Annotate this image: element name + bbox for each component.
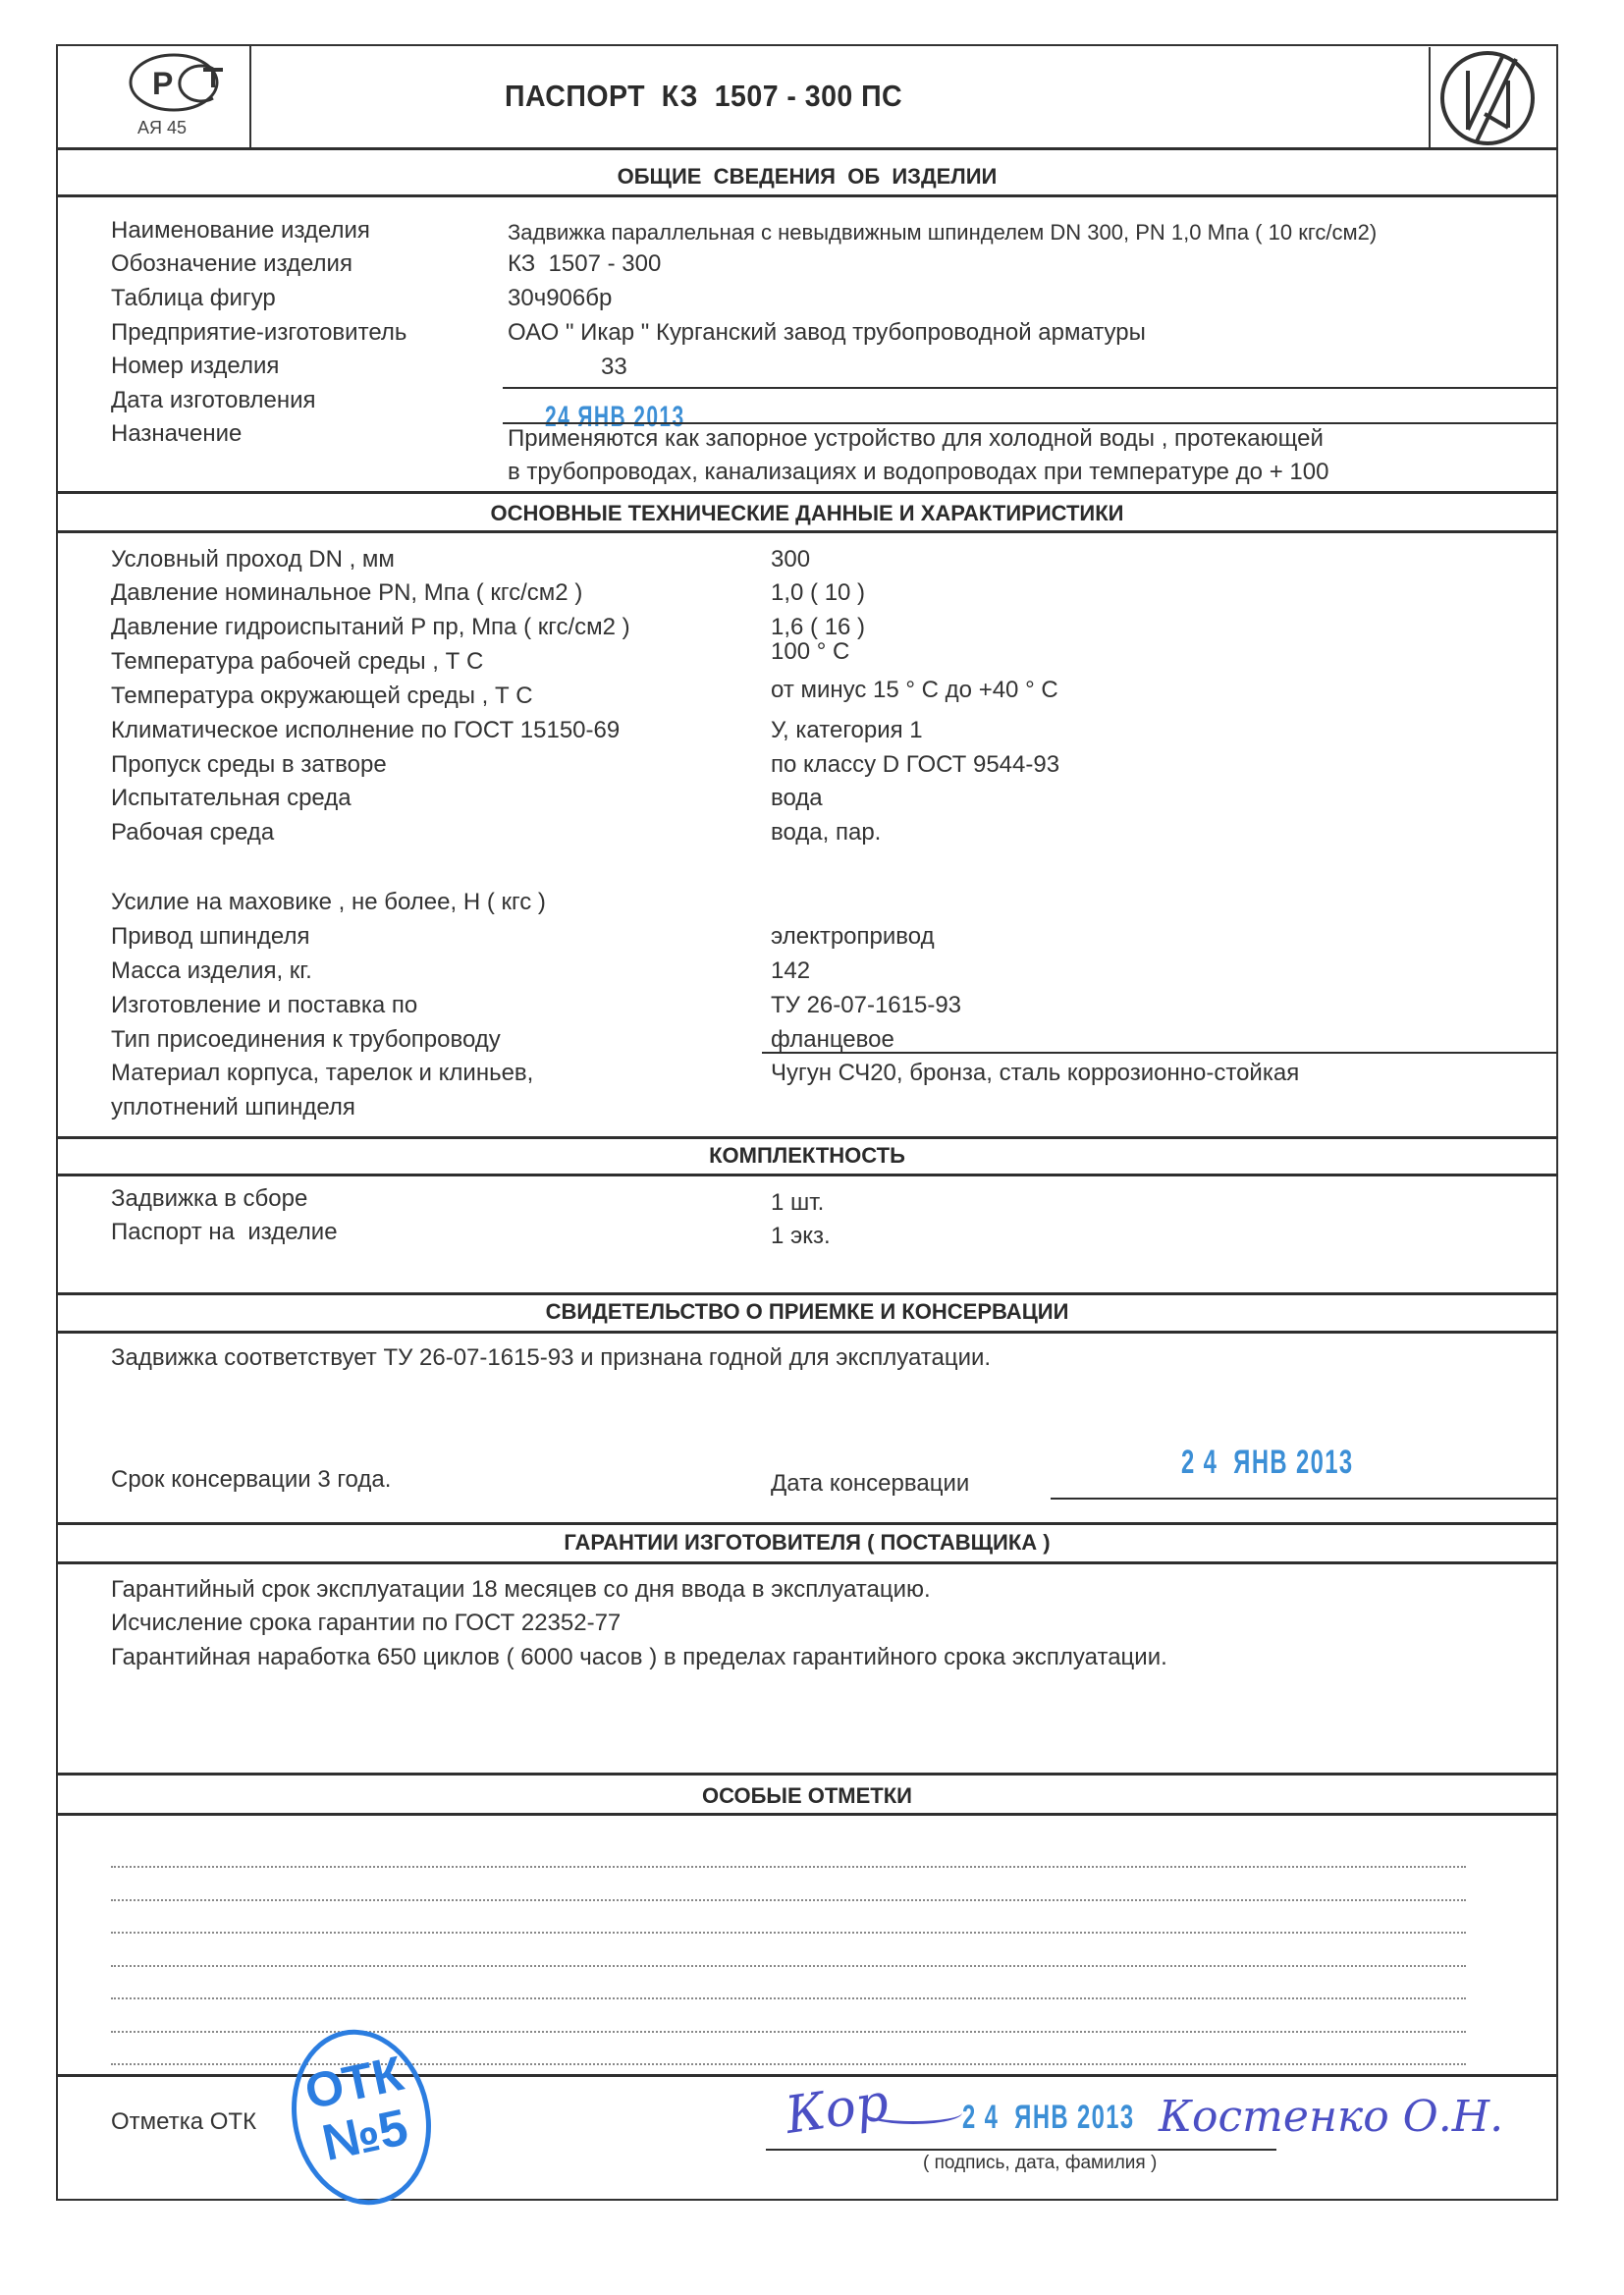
- header-divider-right: [1429, 47, 1431, 147]
- connection-underline: [762, 1052, 1558, 1054]
- warranty-line-2: Исчисление срока гарантии по ГОСТ 22352-…: [111, 1610, 621, 1637]
- value-passport: 1 экз.: [771, 1223, 831, 1250]
- tech-label: Изготовление и поставка по: [111, 992, 417, 1019]
- otk-label: Отметка ОТК: [111, 2108, 256, 2136]
- label-designation: Обозначение изделия: [111, 250, 352, 278]
- value-serial-number: 33: [601, 354, 627, 381]
- note-line[interactable]: [111, 1997, 1466, 1999]
- tech-label: Температура рабочей среды , Т С: [111, 648, 483, 676]
- tech-label: Рабочая среда: [111, 819, 274, 847]
- tech-value: электропривод: [771, 923, 935, 951]
- tech-label: Тип присоединения к трубопроводу: [111, 1026, 501, 1054]
- tech-value: У, категория 1: [771, 717, 923, 744]
- tech-label: Масса изделия, кг.: [111, 957, 312, 985]
- label-passport: Паспорт на изделие: [111, 1219, 338, 1246]
- label-figure-table: Таблица фигур: [111, 285, 276, 312]
- label-manufacture-date: Дата изготовления: [111, 387, 316, 414]
- tech-label: Условный проход DN , мм: [111, 546, 395, 574]
- rst-cert-mark-icon: P: [123, 51, 245, 115]
- tech-label: Материал корпуса, тарелок и клиньев,: [111, 1060, 533, 1087]
- tech-value: Чугун СЧ20, бронза, сталь коррозионно-ст…: [771, 1060, 1299, 1087]
- conservation-term: Срок консервации 3 года.: [111, 1466, 391, 1494]
- tech-label: Давление номинальное PN, Мпа ( кгс/см2 ): [111, 579, 582, 607]
- note-line[interactable]: [111, 1932, 1466, 1934]
- conservation-date-stamp: 2 4 ЯНВ 2013: [1181, 1444, 1354, 1482]
- tech-value: по классу D ГОСТ 9544-93: [771, 751, 1059, 779]
- section-line: [56, 1813, 1558, 1816]
- section-line: [56, 491, 1558, 494]
- value-designation: КЗ 1507 - 300: [508, 250, 661, 278]
- section-title-acceptance: СВИДЕТЕЛЬСТВО О ПРИЕМКЕ И КОНСЕРВАЦИИ: [56, 1299, 1558, 1325]
- section-line: [56, 1292, 1558, 1295]
- tech-label: Давление гидроиспытаний P пр, Мпа ( кгс/…: [111, 614, 630, 641]
- note-line[interactable]: [111, 2031, 1466, 2033]
- tech-label: Климатическое исполнение по ГОСТ 15150-6…: [111, 717, 620, 744]
- date-underline: [503, 422, 1558, 424]
- value-manufacturer: ОАО " Икар " Курганский завод трубопрово…: [508, 319, 1146, 347]
- value-purpose-line-1: Применяются как запорное устройство для …: [508, 425, 1324, 453]
- cert-code: АЯ 45: [137, 118, 187, 138]
- tech-label: уплотнений шпинделя: [111, 1094, 355, 1121]
- tech-value: вода: [771, 785, 823, 812]
- tech-value: ТУ 26-07-1615-93: [771, 992, 961, 1019]
- inspector-surname: Костенко О.Н.: [1159, 2092, 1503, 2142]
- conservation-date-label: Дата консервации: [771, 1470, 969, 1498]
- tech-value: от минус 15 ° С до +40 ° С: [771, 677, 1058, 704]
- section-line: [56, 1136, 1558, 1139]
- note-line[interactable]: [111, 1965, 1466, 1967]
- section-line: [56, 1174, 1558, 1176]
- signature-underline: [766, 2149, 1276, 2151]
- section-title-general: ОБЩИЕ СВЕДЕНИЯ ОБ ИЗДЕЛИИ: [56, 164, 1558, 190]
- tech-value: 100 ° С: [771, 638, 849, 666]
- document-frame: [56, 44, 1558, 2201]
- tech-value: 1,6 ( 16 ): [771, 614, 865, 641]
- value-figure-table: 30ч906бр: [508, 285, 612, 312]
- section-title-warranty: ГАРАНТИИ ИЗГОТОВИТЕЛЯ ( ПОСТАВЩИКА ): [56, 1530, 1558, 1556]
- section-title-notes: ОСОБЫЕ ОТМЕТКИ: [56, 1783, 1558, 1809]
- tech-label: Привод шпинделя: [111, 923, 309, 951]
- note-line[interactable]: [111, 1866, 1466, 1868]
- tech-value: 142: [771, 957, 810, 985]
- value-assembly: 1 шт.: [771, 1189, 824, 1217]
- serial-underline: [503, 387, 1558, 389]
- warranty-line-1: Гарантийный срок эксплуатации 18 месяцев…: [111, 1576, 931, 1604]
- label-product-name: Наименование изделия: [111, 217, 370, 245]
- section-line: [56, 1522, 1558, 1525]
- signature-caption: ( подпись, дата, фамилия ): [923, 2153, 1157, 2174]
- value-product-name: Задвижка параллельная с невыдвижным шпин…: [508, 220, 1377, 246]
- label-manufacturer: Предприятие-изготовитель: [111, 319, 406, 347]
- tech-label: Пропуск среды в затворе: [111, 751, 387, 779]
- tech-value: фланцевое: [771, 1026, 894, 1054]
- section-title-tech: ОСНОВНЫЕ ТЕХНИЧЕСКИЕ ДАННЫЕ И ХАРАКТИРИС…: [56, 501, 1558, 526]
- conservation-date-underline: [1051, 1498, 1558, 1500]
- document-title: ПАСПОРТ КЗ 1507 - 300 ПС: [505, 79, 902, 114]
- section-line: [56, 1561, 1558, 1564]
- section-line: [56, 530, 1558, 533]
- warranty-line-3: Гарантийная наработка 650 циклов ( 6000 …: [111, 1644, 1167, 1671]
- otk-date-stamp: 2 4 ЯНВ 2013: [962, 2099, 1135, 2137]
- label-purpose: Назначение: [111, 420, 242, 448]
- signature-stroke: [864, 2102, 962, 2124]
- acceptance-statement: Задвижка соответствует ТУ 26-07-1615-93 …: [111, 1344, 991, 1372]
- tech-value: 300: [771, 546, 810, 574]
- otk-line: [56, 2074, 1558, 2077]
- tech-value: вода, пар.: [771, 819, 881, 847]
- value-purpose-line-2: в трубопроводах, канализациях и водопров…: [508, 459, 1328, 486]
- svg-text:P: P: [152, 66, 173, 101]
- section-line: [56, 1331, 1558, 1334]
- ikar-logo-icon: [1435, 49, 1543, 147]
- tech-label: Температура окружающей среды , Т С: [111, 683, 533, 710]
- section-line: [56, 194, 1558, 197]
- header-bottom-line: [56, 147, 1558, 150]
- tech-value: 1,0 ( 10 ): [771, 579, 865, 607]
- section-title-completeness: КОМПЛЕКТНОСТЬ: [56, 1143, 1558, 1169]
- label-assembly: Задвижка в сборе: [111, 1185, 307, 1213]
- section-line: [56, 1773, 1558, 1776]
- note-line[interactable]: [111, 1899, 1466, 1901]
- header-divider-left: [249, 44, 251, 147]
- tech-label: Испытательная среда: [111, 785, 352, 812]
- label-serial-number: Номер изделия: [111, 353, 279, 380]
- tech-label: Усилие на маховике , не более, Н ( кгс ): [111, 889, 546, 916]
